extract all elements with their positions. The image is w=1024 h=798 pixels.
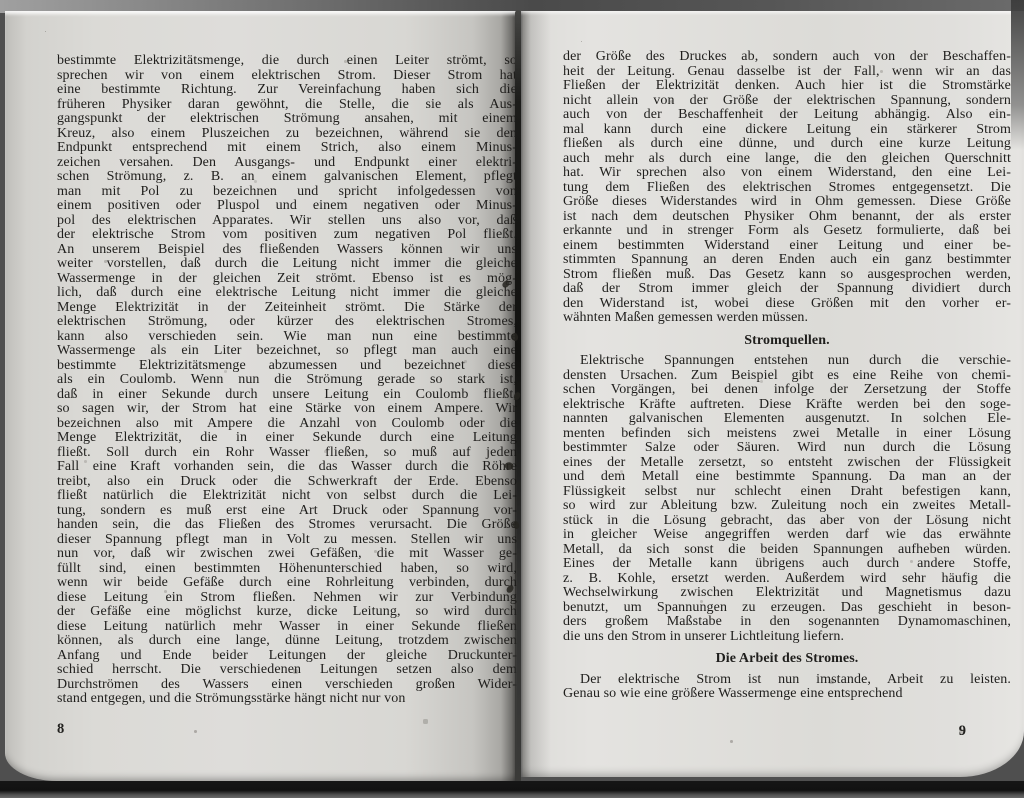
section-heading: Stromquellen. (563, 334, 1011, 349)
text-line: fließt natürlich die Elektrizität nicht … (57, 489, 517, 504)
text-line: in gleicher Weise angegriffen werden dar… (563, 528, 1011, 543)
paragraph: bestimmte Elektrizitätsmenge, die durch … (57, 54, 517, 707)
text-line: elektrischen Strömung, oder kürzer des e… (57, 315, 517, 330)
text-line: auch von der Beschaffenheit der Leitung … (563, 108, 1011, 123)
text-line: hat. Wir sprechen also von einem Widerst… (563, 166, 1011, 181)
text-line: z. B. Kohle, ersetzt werden. Außerdem wi… (563, 572, 1011, 587)
text-line: stück in die Lösung gebracht, das aber v… (563, 514, 1011, 529)
text-line: Eines der Metalle kann übrigens auch dur… (563, 557, 1011, 572)
text-line: wenn wir beide Gefäße durch eine Rohrlei… (57, 576, 517, 591)
text-line: eines der Metalle zersetzt, so entsteht … (563, 456, 1011, 471)
text-line: einem positiven oder Pluspol und einem n… (57, 199, 517, 214)
text-line: so wird zur Ableitung bzw. Zuleitung noc… (563, 499, 1011, 514)
text-line: schen Vorgängen, bei denen infolge der Z… (563, 383, 1011, 398)
text-line: Größe dieses Widerstandes wird in Ohm ge… (563, 195, 1011, 210)
text-line: Strom fließen muß. Das Gesetz kann so au… (563, 268, 1011, 283)
text-line: An unserem Beispiel des fließenden Wasse… (57, 243, 517, 258)
text-line: lich, daß durch eine elektrische Leitung… (57, 286, 517, 301)
text-line: zeichen versahen. Den Ausgangs- und Endp… (57, 156, 517, 171)
text-line: den Widerstand ist, wobei diese Größen m… (563, 297, 1011, 312)
page-number-left: 8 (57, 721, 64, 738)
text-line: gangspunkt der elektrischen Strömung ans… (57, 112, 517, 127)
page-number-right: 9 (959, 723, 966, 740)
text-line: Wassermenge in der gleichen Zeit strömt.… (57, 272, 517, 287)
text-line: diese Leitung ein Strom fließen. Nehmen … (57, 591, 517, 606)
paragraph: Elektrische Spannungen entstehen nun dur… (563, 354, 1011, 644)
text-line: densten Ursachen. Zum Beispiel gibt es e… (563, 369, 1011, 384)
text-line: Fall eine Kraft vorhanden sein, die das … (57, 460, 517, 475)
text-line: erkannte und in strenger Form als Gesetz… (563, 224, 1011, 239)
text-line: auch mehr als durch eine lange, die den … (563, 152, 1011, 167)
text-line: daß in einer Sekunde durch unsere Leitun… (57, 388, 517, 403)
text-line: stimmten Spannung an deren Enden auch ei… (563, 253, 1011, 268)
text-line: Menge Elektrizität, die in einer Sekunde… (57, 431, 517, 446)
text-line: Durchströmen des Wassers einen verschied… (57, 678, 517, 693)
text-line: Anfang und Ende beider Leitungen der gle… (57, 649, 517, 664)
scan-edge-bottom (0, 781, 1024, 798)
text-line: bezeichnen also mit Ampere die Anzahl vo… (57, 417, 517, 432)
text-line: die uns den Strom in unserer Lichtleitun… (563, 630, 1011, 645)
text-line: heit der Leitung. Genau dasselbe ist der… (563, 65, 1011, 80)
text-line: handen sein, die das Fließen des Stromes… (57, 518, 517, 533)
paragraph: Der elektrische Strom ist nun imstande, … (563, 673, 1011, 702)
text-line: Flüssigkeit selbst nur schlecht einen Dr… (563, 485, 1011, 500)
text-line: bestimmte Elektrizitätsmenge, die durch … (57, 54, 517, 69)
right-page: der Größe des Druckes ab, sondern auch v… (521, 11, 1024, 777)
text-line: Kreuz, also einem Pluszeichen zu bezeich… (57, 127, 517, 142)
text-line: eine bestimmte Richtung. Zur Vereinfachu… (57, 83, 517, 98)
text-line: und dem Metall eine bestimmte Spannung. … (563, 470, 1011, 485)
text-line: Menge Elektrizität in der Zeiteinheit st… (57, 301, 517, 316)
text-line: Metall, da sich sonst die beiden Spannun… (563, 543, 1011, 558)
text-line: kann also verschieden sein. Wie man nun … (57, 330, 517, 345)
text-line: Der elektrische Strom ist nun imstande, … (563, 673, 1011, 688)
text-line: so sagen wir, der Strom hat eine Stärke … (57, 402, 517, 417)
text-line: menten befinden sich meistens zwei Metal… (563, 427, 1011, 442)
left-page: bestimmte Elektrizitätsmenge, die durch … (5, 11, 517, 781)
text-line: Wechselwirkung zwischen Elektrizität und… (563, 586, 1011, 601)
book-scan: bestimmte Elektrizitätsmenge, die durch … (0, 0, 1024, 798)
text-line: bestimmte Elektrizitätsmenge abzumessen … (57, 359, 517, 374)
section-heading: Die Arbeit des Stromes. (563, 652, 1011, 667)
text-line: tung dem Fließen des elektrischen Strome… (563, 181, 1011, 196)
paragraph: der Größe des Druckes ab, sondern auch v… (563, 50, 1011, 326)
text-line: als ein Coulomb. Wenn nun die Strömung g… (57, 373, 517, 388)
text-line: nannten galvanischen Elementen ausgenutz… (563, 412, 1011, 427)
page-text-column: bestimmte Elektrizitätsmenge, die durch … (57, 54, 517, 707)
text-line: einem bestimmten Widerstand einer Leitun… (563, 239, 1011, 254)
text-line: füllt sind, einen bestimmten Höhenunters… (57, 562, 517, 577)
text-line: Endpunkt entsprechend mit einem Strich, … (57, 141, 517, 156)
text-line: nun vor, daß wir zwischen zwei Gefäßen, … (57, 547, 517, 562)
text-line: der Größe des Druckes ab, sondern auch v… (563, 50, 1011, 65)
text-line: dieser Spannung pflegt man in Volt zu me… (57, 533, 517, 548)
paper-specks (45, 31, 46, 32)
text-line: nicht allein von der Größe der elektrisc… (563, 94, 1011, 109)
text-line: bestimmter Salze oder Säuren. Wird nun d… (563, 441, 1011, 456)
text-line: ders großem Maßstabe in den sogenannten … (563, 615, 1011, 630)
text-line: Fließen der Elektrizität denken. Auch hi… (563, 79, 1011, 94)
text-line: tung, sondern es muß erst eine Art Druck… (57, 504, 517, 519)
text-line: schied herrscht. Die verschiedenen Leitu… (57, 663, 517, 678)
scan-edge-right (1011, 0, 1024, 150)
text-line: mal kann durch eine dickere Leitung ein … (563, 123, 1011, 138)
paper-specks (581, 41, 582, 42)
text-line: wähnten Maßen gemessen werden müssen. (563, 311, 1011, 326)
page-text-column: der Größe des Druckes ab, sondern auch v… (563, 50, 1011, 702)
text-line: pol des elektrischen Apparates. Wir stel… (57, 214, 517, 229)
text-line: der Gefäße eine möglichst kurze, dicke L… (57, 605, 517, 620)
text-line: weiter vorstellen, daß durch die Leitung… (57, 257, 517, 272)
text-line: fließen als durch eine dünne, und durch … (563, 137, 1011, 152)
text-line: der elektrische Strom vom positiven zum … (57, 228, 517, 243)
text-line: Wassermenge als ein Liter bezeichnet, so… (57, 344, 517, 359)
text-line: fließt. Soll durch ein Rohr Wasser fließ… (57, 446, 517, 461)
text-line: ist nach dem deutschen Physiker Ohm bena… (563, 210, 1011, 225)
text-line: treibt, also ein Druck oder die Schwerkr… (57, 475, 517, 490)
text-line: diese Leitung natürlich mehr Wasser in e… (57, 620, 517, 635)
text-line: schen Strömung, z. B. an einem galvanisc… (57, 170, 517, 185)
text-line: man mit Pol zu bezeichnen und spricht in… (57, 185, 517, 200)
text-line: sprechen wir von einem elektrischen Stro… (57, 69, 517, 84)
text-line: stand entgegen, und die Strömungsstärke … (57, 692, 517, 707)
text-line: können, als durch eine lange, dünne Leit… (57, 634, 517, 649)
text-line: elektrische Kräfte auftreten. Diese Kräf… (563, 398, 1011, 413)
text-line: daß der Strom immer gleich der Spannung … (563, 282, 1011, 297)
text-line: Elektrische Spannungen entstehen nun dur… (563, 354, 1011, 369)
text-line: früheren Physiker daran gewöhnt, die Ste… (57, 98, 517, 113)
text-line: Genau so wie eine größere Wassermenge ei… (563, 687, 1011, 702)
text-line: benutzt, um Spannungen zu erzeugen. Das … (563, 601, 1011, 616)
